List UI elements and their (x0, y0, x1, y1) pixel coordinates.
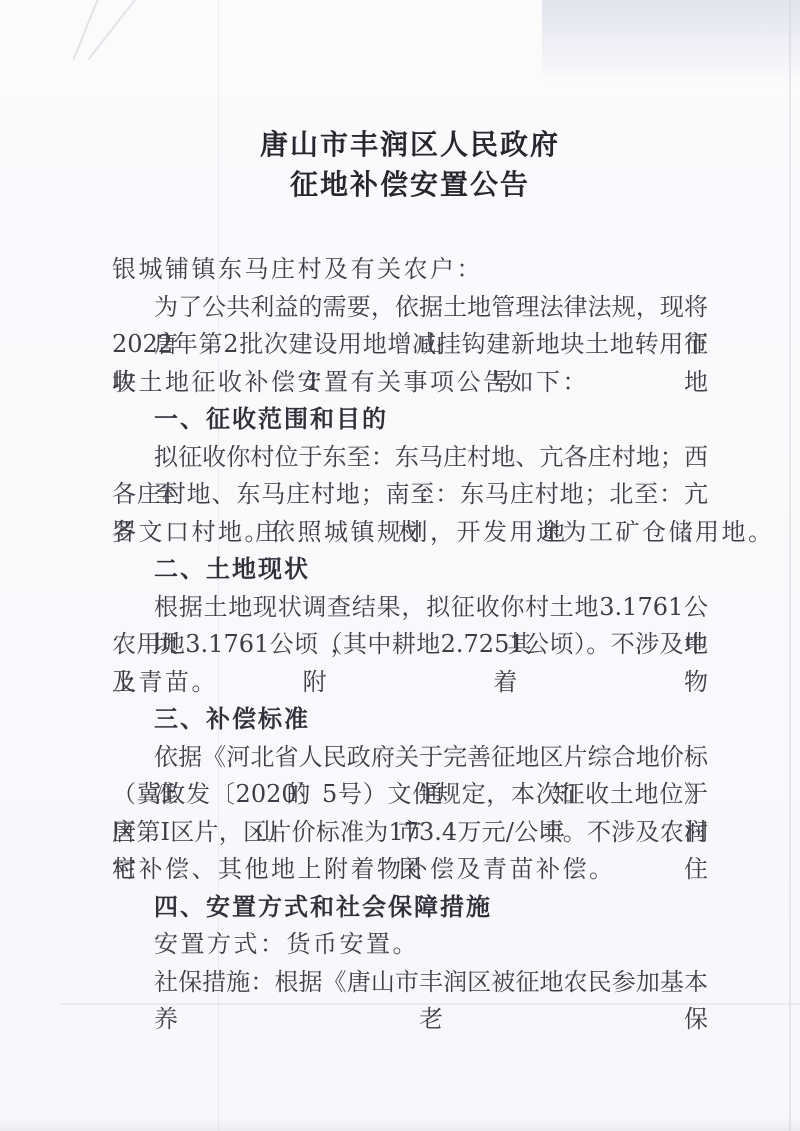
section-3-heading: 三、补偿标准 (112, 701, 708, 739)
intro-line: 为了公共利益的需要，依据土地管理法律法规，现将唐山市 (112, 289, 708, 327)
intro-line: 2022年第2批次建设用地增减挂钩建新地块土地转用征收1号地 (112, 326, 708, 364)
section-3-line: （冀政发〔2020〕5号）文件规定，本次征收土地位于唐山市丰润 (112, 776, 708, 814)
scan-bottom-shadow (0, 1117, 800, 1131)
section-2-heading: 二、土地现状 (112, 551, 708, 589)
section-2-line: 根据土地现状调查结果，拟征收你村土地3.1761公顷，其中 (112, 589, 708, 627)
section-1-heading: 一、征收范围和目的 (112, 401, 708, 439)
section-4-heading: 四、安置方式和社会保障措施 (112, 889, 708, 927)
section-3-line: 区第Ⅰ区片，区片价标准为173.4万元/公顷。不涉及农村村民住 (112, 814, 708, 852)
section-4-line: 安置方式：货币安置。 (112, 926, 708, 964)
paper-crease-mark (88, 0, 139, 60)
paper-crease-mark (73, 0, 102, 60)
section-1-line: 拟征收你村位于东至：东马庄村地、亢各庄村地；西至：亢 (112, 439, 708, 477)
page-edge-line (789, 0, 791, 1131)
document-title-line1: 唐山市丰润区人民政府 (112, 125, 708, 165)
document-title: 唐山市丰润区人民政府 征地补偿安置公告 (112, 125, 708, 205)
document-title-line2: 征地补偿安置公告 (112, 165, 708, 205)
scanned-document-page: 唐山市丰润区人民政府 征地补偿安置公告 银城铺镇东马庄村及有关农户： 为了公共利… (0, 0, 800, 1131)
section-4-line: 社保措施：根据《唐山市丰润区被征地农民参加基本养老保 (112, 964, 708, 1002)
section-1-line: 各庄村地、东马庄村地；南至：东马庄村地；北至：亢各庄村地、 (112, 476, 708, 514)
section-1-line: 罗文口村地。依照城镇规划，开发用途为工矿仓储用地。 (112, 514, 708, 552)
document-body: 银城铺镇东马庄村及有关农户： 为了公共利益的需要，依据土地管理法律法规，现将唐山… (112, 251, 708, 1001)
addressee-line: 银城铺镇东马庄村及有关农户： (112, 251, 708, 289)
section-3-line: 依据《河北省人民政府关于完善征地区片综合地价标准的通知》 (112, 739, 708, 777)
scan-shadow-band (542, 0, 800, 82)
section-2-line: 农用地3.1761公顷（其中耕地2.7251公顷）。不涉及地上附着物 (112, 626, 708, 664)
